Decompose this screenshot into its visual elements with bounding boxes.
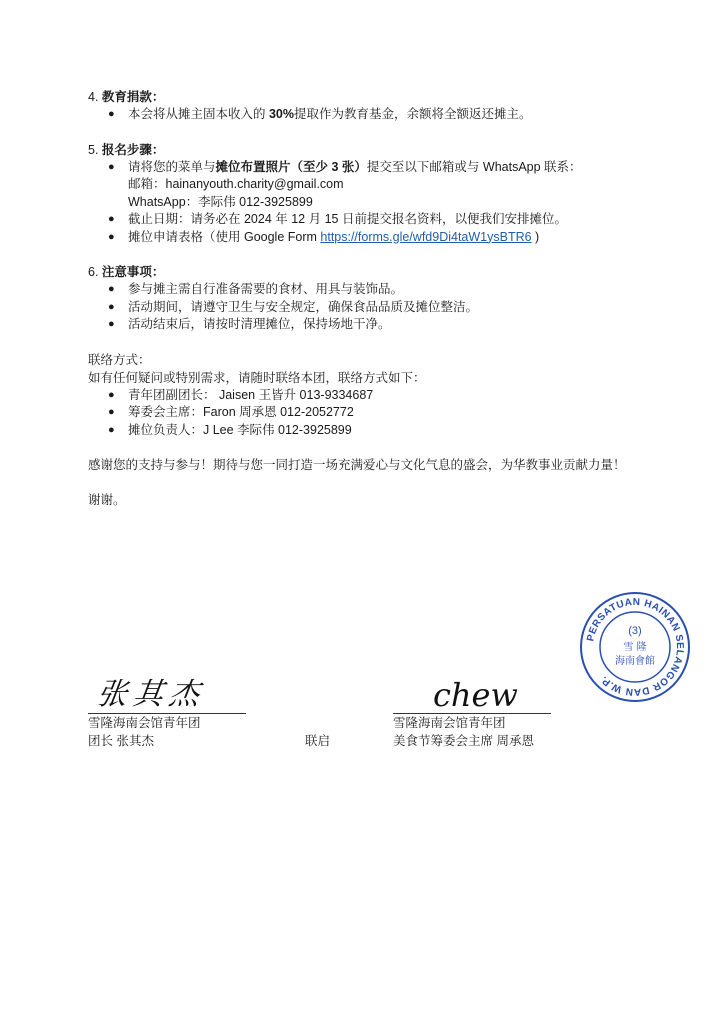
thanks-paragraph: 感谢您的支持与参与！期待与您一同打造一场充满爱心与文化气息的盛会，为华教事业贡献… <box>88 456 636 474</box>
list-item: ● 本会将从摊主固本收入的 30%提取作为教育基金，余额将全额返还摊主。 <box>88 106 648 124</box>
contact-list: ● 青年团副团长： Jaisen 王皆升 013-9334687 ● 筹委会主席… <box>88 387 648 440</box>
section-number: 6. <box>88 265 98 279</box>
regards-text: 谢谢。 <box>88 491 648 509</box>
section-6-heading: 6. 注意事项： <box>88 263 648 281</box>
list-item: ● 活动结束后，请按时清理摊位，保持场地干净。 <box>88 316 648 334</box>
svg-text:雪 隆: 雪 隆 <box>623 640 646 653</box>
bullet-icon: ● <box>108 316 115 334</box>
bullet-icon: ● <box>108 106 115 124</box>
joint-label: 联启 <box>305 732 330 750</box>
bullet-icon: ● <box>108 229 115 247</box>
section-4-heading: 4. 教育捐款： <box>88 88 648 106</box>
list-item: ● 截止日期：请务必在 2024 年 12 月 15 日前提交报名资料，以便我们… <box>88 211 648 229</box>
contact-intro: 如有任何疑问或特别需求，请随时联络本团，联络方式如下： <box>88 369 648 387</box>
deadline-text: 截止日期：请务必在 2024 年 12 月 15 日前提交报名资料，以便我们安排… <box>128 212 567 226</box>
contact-item: ● 摊位负责人：J Lee 李际伟 012-3925899 <box>88 422 648 440</box>
section-5-list: ● 请将您的菜单与摊位布置照片（至少 3 张）提交至以下邮箱或与 WhatsAp… <box>88 159 648 247</box>
right-title: 美食节筹委会主席 周承恩 <box>393 732 551 750</box>
list-item: ● 摊位申请表格（使用 Google Form https://forms.gl… <box>88 229 648 247</box>
contact-item: ● 青年团副团长： Jaisen 王皆升 013-9334687 <box>88 387 648 405</box>
list-item: ● 请将您的菜单与摊位布置照片（至少 3 张）提交至以下邮箱或与 WhatsAp… <box>88 159 648 212</box>
email-line: 邮箱：hainanyouth.charity@gmail.com <box>128 176 648 194</box>
left-org: 雪隆海南会馆青年团 <box>88 714 246 732</box>
right-org: 雪隆海南会馆青年团 <box>393 714 551 732</box>
contact-heading: 联络方式： <box>88 351 648 369</box>
document-page: 4. 教育捐款： ● 本会将从摊主固本收入的 30%提取作为教育基金，余额将全额… <box>88 88 648 509</box>
contact-item: ● 筹委会主席：Faron 周承恩 012-2052772 <box>88 404 648 422</box>
section-title: 教育捐款： <box>102 90 165 104</box>
bullet-icon: ● <box>108 299 115 317</box>
list-item: ● 活动期间，请遵守卫生与安全规定，确保食品品质及摊位整洁。 <box>88 299 648 317</box>
bullet-icon: ● <box>108 281 115 299</box>
section-title: 报名步骤： <box>102 143 165 157</box>
handwritten-signature-icon: 张其杰 <box>88 660 246 714</box>
left-title: 团长 张其杰 <box>88 732 246 750</box>
section-number: 5. <box>88 143 98 157</box>
bullet-icon: ● <box>108 211 115 229</box>
left-signatory: 张其杰 雪隆海南会馆青年团 团长 张其杰 <box>88 660 246 750</box>
section-5-heading: 5. 报名步骤： <box>88 141 648 159</box>
svg-text:(3): (3) <box>628 625 641 637</box>
right-signatory: chew 雪隆海南会馆青年团 美食节筹委会主席 周承恩 <box>393 660 551 750</box>
bullet-icon: ● <box>108 404 115 422</box>
section-6-list: ● 参与摊主需自行准备需要的食材、用具与装饰品。 ● 活动期间，请遵守卫生与安全… <box>88 281 648 334</box>
list-item: ● 参与摊主需自行准备需要的食材、用具与装饰品。 <box>88 281 648 299</box>
svg-text:chew: chew <box>433 676 518 713</box>
signature-block: 张其杰 雪隆海南会馆青年团 团长 张其杰 联启 chew 雪隆海南会馆青年团 美… <box>0 660 720 760</box>
bullet-icon: ● <box>108 159 115 177</box>
section-4-list: ● 本会将从摊主固本收入的 30%提取作为教育基金，余额将全额返还摊主。 <box>88 106 648 124</box>
whatsapp-line: WhatsApp：李际伟 012-3925899 <box>128 194 648 212</box>
handwritten-signature-icon: chew <box>393 660 551 714</box>
google-form-link[interactable]: https://forms.gle/wfd9Di4taW1ysBTR6 <box>320 230 531 244</box>
bullet-icon: ● <box>108 422 115 440</box>
bullet-icon: ● <box>108 387 115 405</box>
section-title: 注意事项： <box>102 265 165 279</box>
section-number: 4. <box>88 90 98 104</box>
svg-text:张其杰: 张其杰 <box>95 677 208 712</box>
